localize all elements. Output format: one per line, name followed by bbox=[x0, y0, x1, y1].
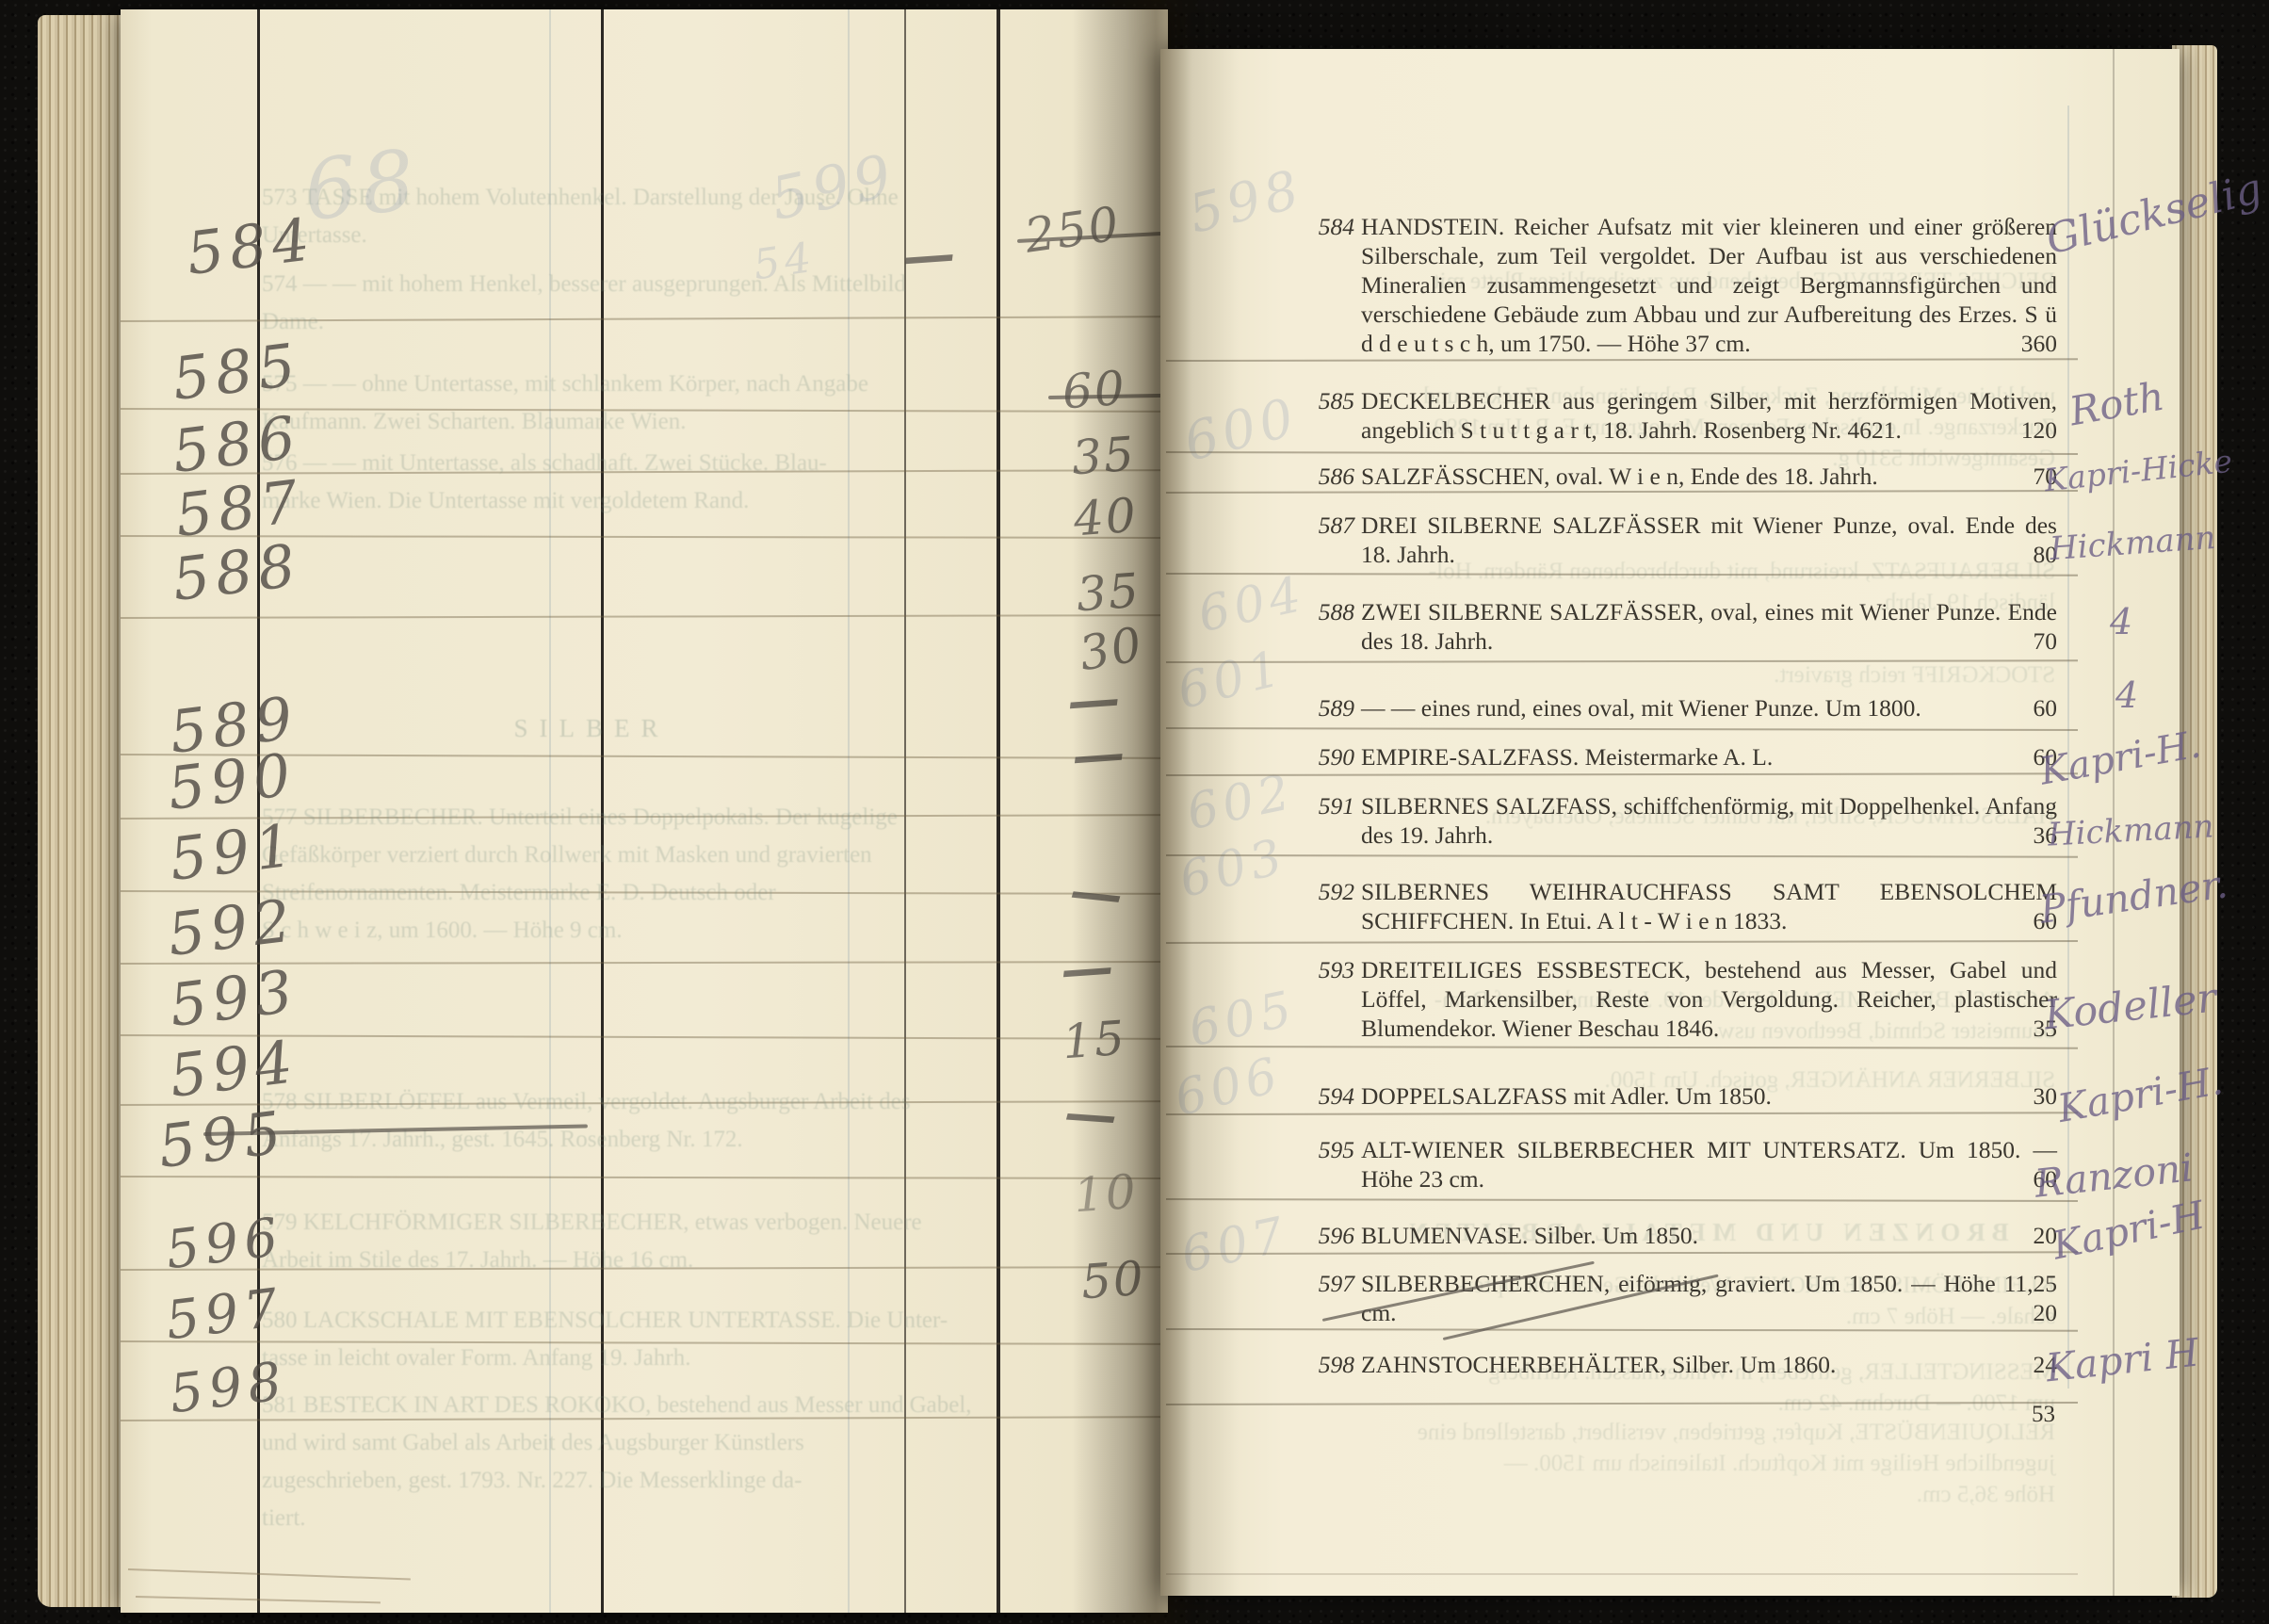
entry-rule bbox=[1166, 772, 2078, 776]
margin-annotation: 4 bbox=[2115, 674, 2138, 716]
handwritten-price-dash: — bbox=[1059, 935, 1117, 1001]
entry-rule-faint bbox=[1166, 1573, 2078, 1575]
catalog-entry: 594 DOPPELSALZFASS mit Adler. Um 1850.30 bbox=[1311, 1081, 2057, 1111]
catalog-entry: 598 ZAHNSTOCHERBEHÄLTER, Silber. Um 1860… bbox=[1311, 1350, 2057, 1379]
ghost-print: 575 — — ohne Untertasse, mit schlankem K… bbox=[262, 365, 1053, 441]
handwritten-price: 50 bbox=[1079, 1251, 1147, 1310]
entry-rule bbox=[1166, 1046, 2078, 1049]
lot-number: 593 bbox=[1311, 955, 1354, 984]
lot-number: 584 bbox=[1311, 212, 1354, 241]
ghost-handwriting: 606 bbox=[1169, 1047, 1287, 1128]
ghost-print: 577 SILBERBECHER. Unterteil eines Doppel… bbox=[262, 799, 1053, 950]
ghost-handwriting: 68 bbox=[300, 131, 424, 239]
entry-text: — — eines rund, eines oval, mit Wiener P… bbox=[1361, 694, 1921, 722]
margin-annotation: 4 bbox=[2110, 601, 2132, 642]
handwritten-price-dash: — bbox=[900, 222, 959, 288]
entry-price: 360 bbox=[2021, 329, 2057, 358]
lot-number: 592 bbox=[1311, 877, 1354, 906]
entry-text: ZAHNSTOCHERBEHÄLTER, Silber. Um 1860. bbox=[1361, 1351, 1836, 1378]
ghost-handwriting: 54 bbox=[751, 234, 818, 290]
handwritten-price-dash: — bbox=[1070, 722, 1128, 788]
catalog-scan: { "left_page": { "rows": [ {"lot":"584",… bbox=[0, 0, 2269, 1624]
margin-annotation: Roth bbox=[2066, 373, 2168, 435]
catalog-entry: 586 SALZFÄSSCHEN, oval. W i e n, Ende de… bbox=[1311, 462, 2057, 491]
lot-number: 591 bbox=[1311, 791, 1354, 820]
entry-rule bbox=[1166, 1198, 2078, 1202]
catalog-entry: 591 SILBERNES SALZFASS, schiffchenförmig… bbox=[1311, 791, 2057, 850]
handwritten-price: 40 bbox=[1072, 488, 1140, 547]
page-number: 53 bbox=[1989, 1402, 2055, 1428]
ghost-section-header: SILBER bbox=[262, 714, 921, 743]
ghost-print-mirrored: STOCKGRIFF reich graviert. bbox=[1356, 659, 2055, 690]
catalog-entry: 593 DREITEILIGES ESSBESTECK, bestehend a… bbox=[1311, 955, 2057, 1043]
entry-rule bbox=[1166, 1112, 2078, 1115]
lot-number: 598 bbox=[1311, 1350, 1354, 1379]
ghost-handwriting: 603 bbox=[1174, 828, 1291, 909]
ghost-handwriting: 607 bbox=[1176, 1207, 1293, 1284]
entry-text: DREITEILIGES ESSBESTECK, bestehend aus M… bbox=[1361, 956, 2057, 1042]
handwritten-price: 60 bbox=[1061, 361, 1128, 420]
ghost-print: 580 LACKSCHALE MIT EBENSOLCHER UNTERTASS… bbox=[262, 1302, 1053, 1377]
catalog-entry: 588 ZWEI SILBERNE SALZFÄSSER, oval, eine… bbox=[1311, 597, 2057, 656]
entry-text: BLUMENVASE. Silber. Um 1850. bbox=[1361, 1222, 1698, 1249]
handwritten-price: 35 bbox=[1070, 427, 1138, 486]
lot-number: 596 bbox=[1311, 1221, 1354, 1250]
handwritten-price: 15 bbox=[1061, 1011, 1128, 1070]
ghost-print: 579 KELCHFÖRMIGER SILBERBECHER, etwas ve… bbox=[262, 1204, 1053, 1279]
entry-text: SALZFÄSSCHEN, oval. W i e n, Ende des 18… bbox=[1361, 463, 1878, 490]
page-curl-line bbox=[128, 1568, 411, 1580]
lot-number: 597 bbox=[1311, 1269, 1354, 1298]
entry-rule bbox=[1166, 940, 2078, 944]
handwritten-price-dash: — bbox=[1062, 1081, 1121, 1147]
catalog-entry: 585 DECKELBECHER aus geringem Silber, mi… bbox=[1311, 386, 2057, 445]
entry-text: ALT-WIENER SILBERBECHER MIT UNTERSATZ. U… bbox=[1361, 1136, 2057, 1193]
entry-price: 30 bbox=[2034, 1081, 2058, 1111]
catalog-entry: 587 DREI SILBERNE SALZFÄSSER mit Wiener … bbox=[1311, 511, 2057, 569]
lot-number: 588 bbox=[1311, 597, 1354, 626]
handwritten-price: 10 bbox=[1072, 1164, 1140, 1224]
lot-number: 586 bbox=[1311, 462, 1354, 491]
handwritten-lot-number: 588 bbox=[169, 530, 304, 614]
catalog-entry: 592 SILBERNES WEIHRAUCHFASS SAMT EBENSOL… bbox=[1311, 877, 2057, 935]
ghost-handwriting: 604 bbox=[1193, 566, 1310, 643]
ghost-handwriting: 598 bbox=[1183, 158, 1309, 246]
lot-number: 590 bbox=[1311, 742, 1354, 771]
ghost-print: 576 — — mit Untertasse, als schadhaft. Z… bbox=[262, 445, 1053, 520]
lot-number: 594 bbox=[1311, 1081, 1354, 1111]
handwritten-price-crossed: 250 bbox=[1021, 196, 1124, 264]
entry-text: DREI SILBERNE SALZFÄSSER mit Wiener Punz… bbox=[1361, 512, 2057, 568]
entry-text: EMPIRE-SALZFASS. Meistermarke A. L. bbox=[1361, 743, 1773, 771]
row-rule bbox=[121, 614, 1168, 619]
entry-rule bbox=[1166, 727, 2078, 731]
entry-price: 60 bbox=[2034, 693, 2058, 723]
entry-text: ZWEI SILBERNE SALZFÄSSER, oval, eines mi… bbox=[1361, 598, 2057, 655]
margin-annotation: Kapri-H. bbox=[2036, 723, 2204, 793]
entry-text: DECKELBECHER aus geringem Silber, mit he… bbox=[1361, 387, 2057, 444]
ghost-print-mirrored: RELIQUIENBÜSTE, Kupfer, getrieben, versi… bbox=[1356, 1417, 2055, 1510]
ghost-print: 578 SILBERLÖFFEL aus Vermeil, vergoldet.… bbox=[262, 1083, 1053, 1159]
entry-rule bbox=[1166, 1251, 2078, 1255]
left-ledger-page: 573 TASSE mit hohem Volutenhenkel. Darst… bbox=[121, 9, 1168, 1613]
entry-text: SILBERNES WEIHRAUCHFASS SAMT EBENSOLCHEM… bbox=[1361, 878, 2057, 934]
entry-price: 70 bbox=[2034, 626, 2058, 656]
handwritten-lot-number: 595 bbox=[154, 1097, 290, 1181]
catalog-entry: 584 HANDSTEIN. Reicher Aufsatz mit vier … bbox=[1311, 212, 2057, 358]
ghost-handwriting: 600 bbox=[1178, 386, 1305, 474]
handwritten-price: 35 bbox=[1075, 563, 1143, 623]
entry-text: DOPPELSALZFASS mit Adler. Um 1850. bbox=[1361, 1082, 1772, 1110]
catalog-entry: 590 EMPIRE-SALZFASS. Meistermarke A. L.6… bbox=[1311, 742, 2057, 771]
lot-number: 595 bbox=[1311, 1135, 1354, 1164]
entry-rule bbox=[1166, 854, 2078, 858]
ghost-print: 581 BESTECK IN ART DES ROKOKO, bestehend… bbox=[262, 1387, 1053, 1537]
row-rule bbox=[121, 1176, 1168, 1179]
entry-price: 120 bbox=[2021, 415, 2057, 445]
entry-text: HANDSTEIN. Reicher Aufsatz mit vier klei… bbox=[1361, 213, 2057, 357]
right-catalog-page: REICHES TEESERVICE, bestehend aus zweihe… bbox=[1160, 49, 2180, 1596]
lot-number: 585 bbox=[1311, 386, 1354, 415]
entry-rule bbox=[1166, 358, 2078, 362]
entry-text: SILBERNES SALZFASS, schiffchenförmig, mi… bbox=[1361, 792, 2057, 849]
lot-number: 589 bbox=[1311, 693, 1354, 723]
handwritten-price-dash: — bbox=[1067, 859, 1128, 927]
catalog-entry: 589 — — eines rund, eines oval, mit Wien… bbox=[1311, 693, 2057, 723]
catalog-entry: 596 BLUMENVASE. Silber. Um 1850.20 bbox=[1311, 1221, 2057, 1250]
lot-number: 587 bbox=[1311, 511, 1354, 540]
ghost-handwriting: 601 bbox=[1172, 640, 1289, 721]
entry-price: 20 bbox=[2034, 1298, 2058, 1327]
catalog-entry: 595 ALT-WIENER SILBERBECHER MIT UNTERSAT… bbox=[1311, 1135, 2057, 1194]
